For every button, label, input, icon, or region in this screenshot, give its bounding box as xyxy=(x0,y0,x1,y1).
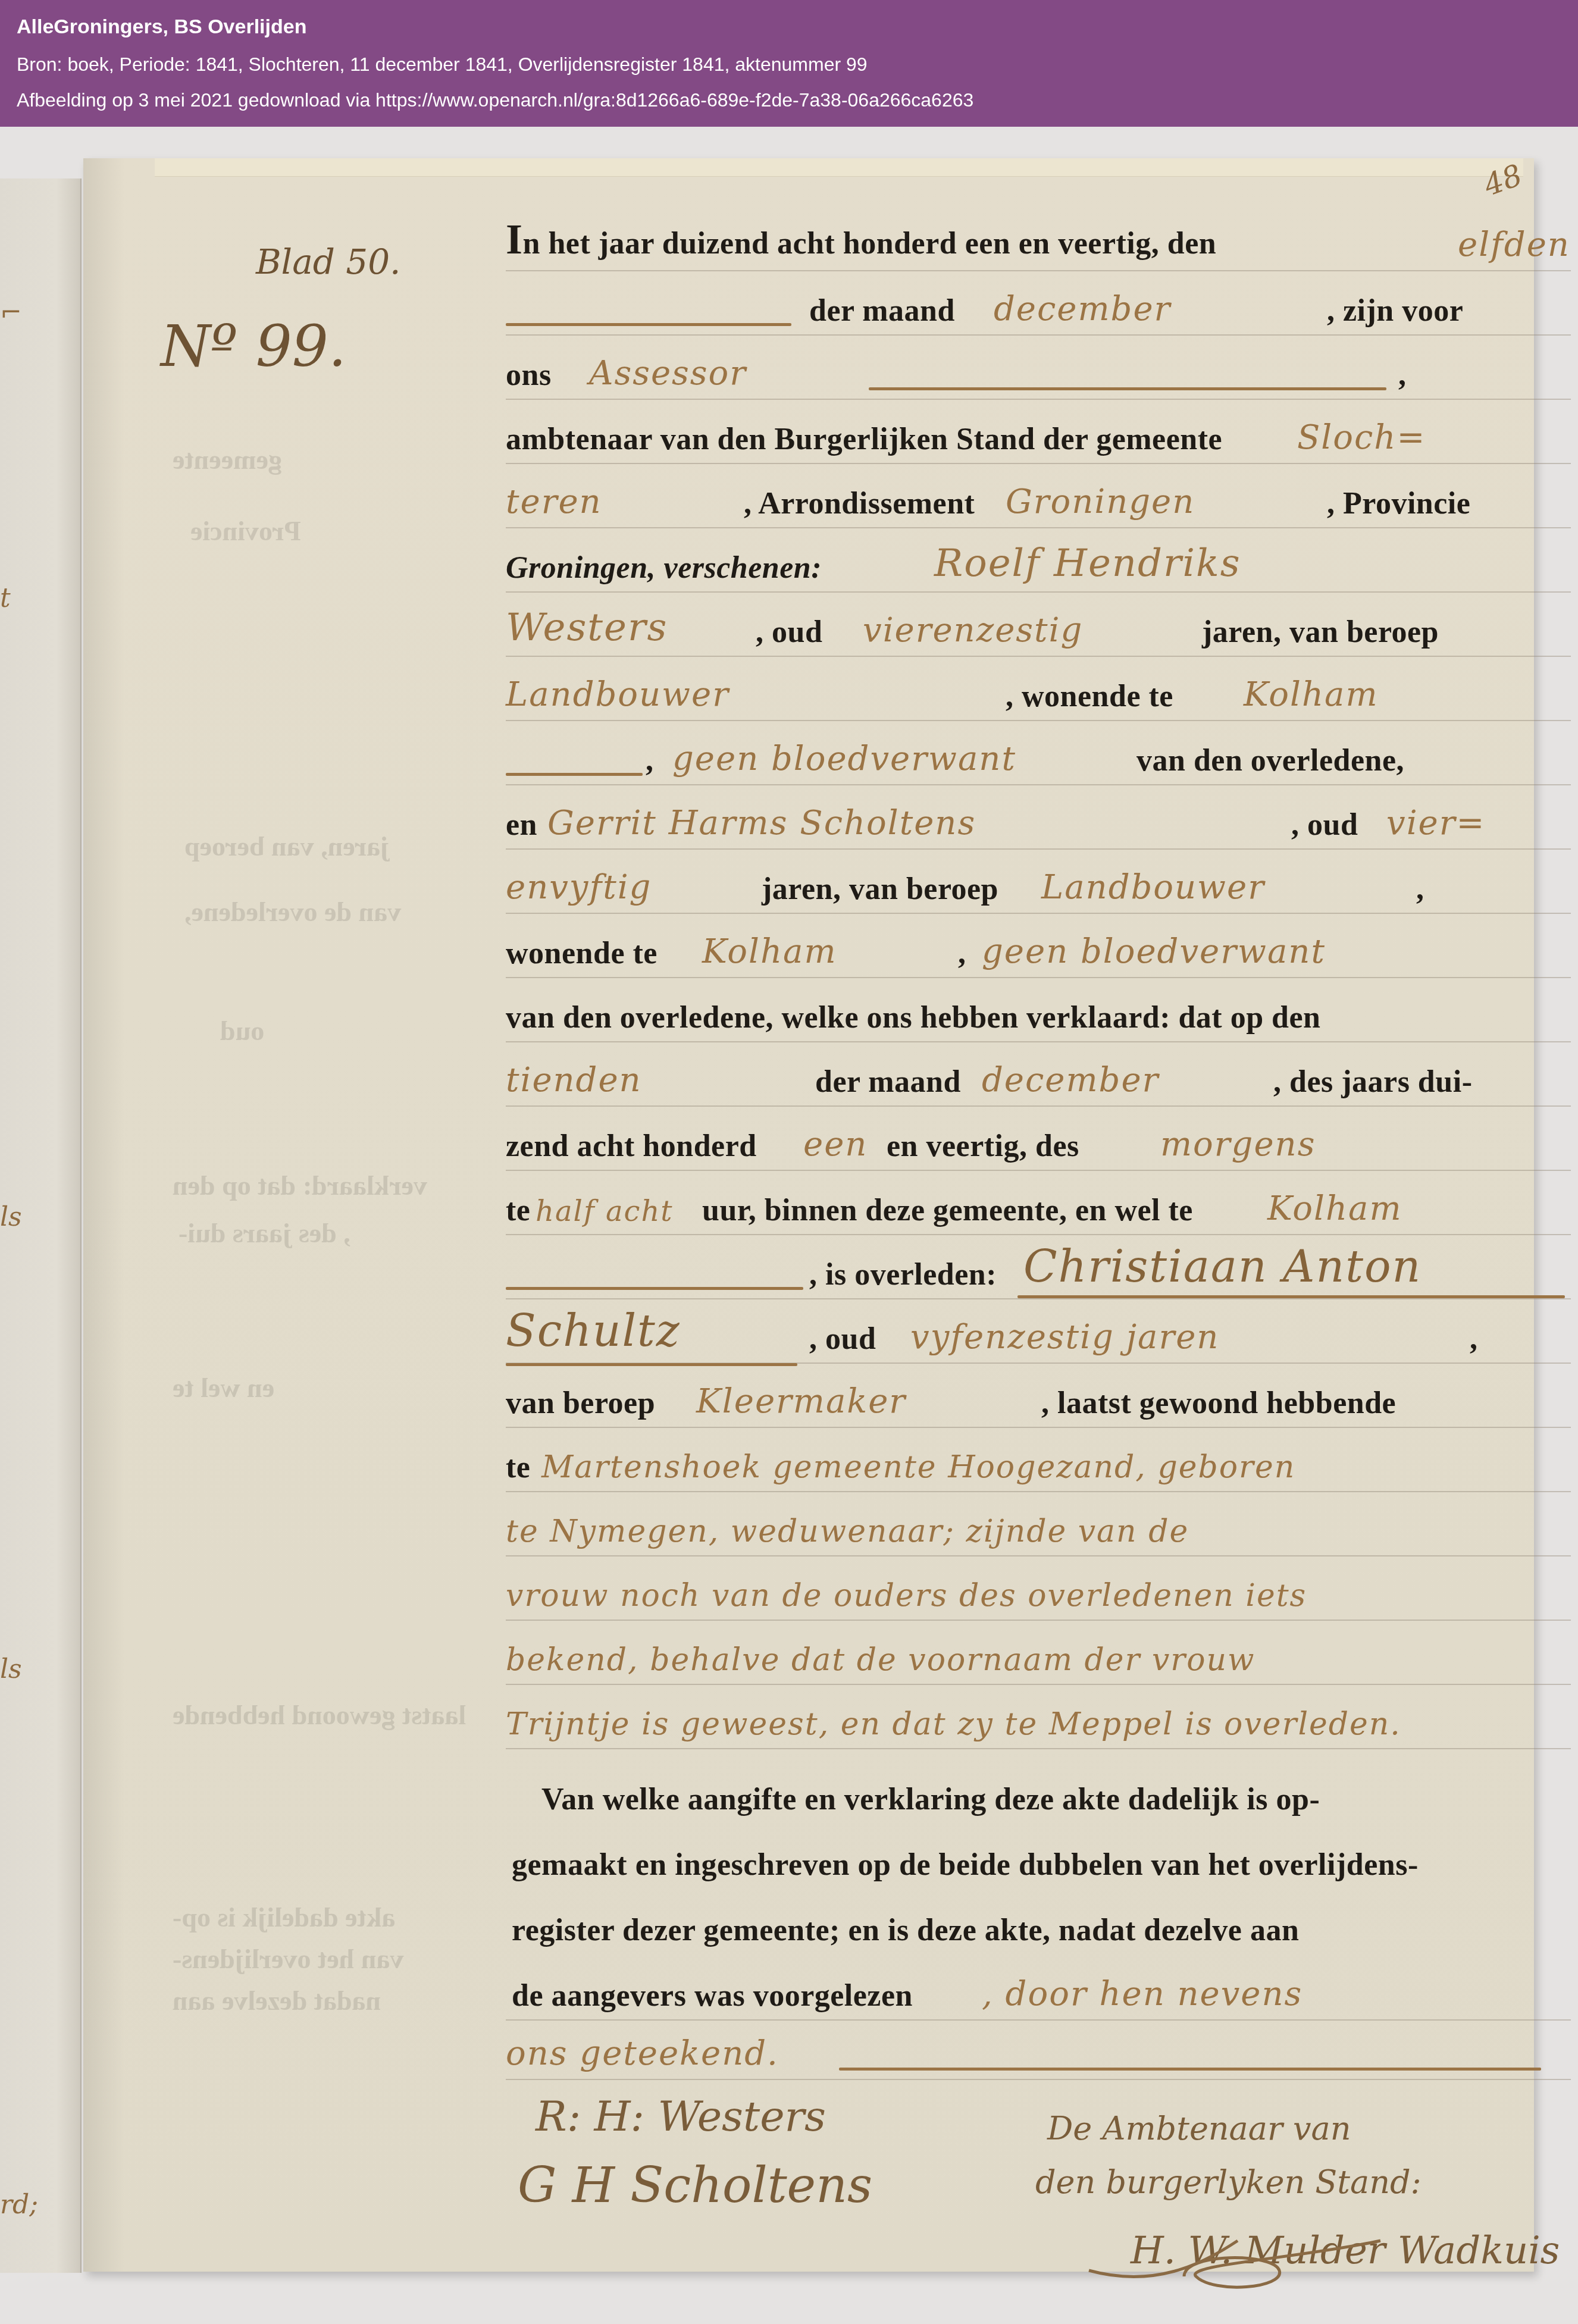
akte-line: Landbouwer , wonende te Kolham xyxy=(506,656,1571,721)
akte-line: ons geteekend. xyxy=(506,2015,1571,2080)
printed-text: gemaakt en ingeschreven op de beide dubb… xyxy=(512,1847,1419,1883)
akte-line: te Nymegen, weduwenaar; zijnde van de xyxy=(506,1491,1571,1556)
page-top-strip xyxy=(155,158,1523,177)
printed-text: , xyxy=(646,743,654,778)
fill-rule xyxy=(506,1287,803,1290)
facing-page-handwriting: t xyxy=(0,583,11,613)
akte-line: tienden der maand december , des jaars d… xyxy=(506,1041,1571,1107)
handwritten-text: Gerrit Harms Scholtens xyxy=(547,804,976,842)
handwritten-text: vyfenzestig jaren xyxy=(910,1318,1219,1357)
facing-page-handwriting: rd; xyxy=(0,2190,38,2220)
bleed-through-text: akte dadelijk is op- xyxy=(173,1902,395,1933)
akte-line: te Martenshoek gemeente Hoogezand, gebor… xyxy=(506,1427,1571,1492)
handwritten-text: ons geteekend. xyxy=(506,2034,779,2073)
akte-line: ons Assessor , xyxy=(506,334,1571,400)
blad-number: Blad 50. xyxy=(256,242,401,282)
bleed-through-text: van de overledene, xyxy=(184,896,401,928)
handwritten-text: vrouw noch van de ouders des overledenen… xyxy=(506,1578,1307,1614)
akte-line: envyftig jaren, van beroep Landbouwer , xyxy=(506,848,1571,914)
signature-flourish-icon xyxy=(1083,2217,1416,2294)
register-page: 48 gemeente Provincie jaren, van beroep … xyxy=(83,158,1534,2272)
akte-line: vrouw noch van de ouders des overledenen… xyxy=(506,1555,1571,1621)
printed-text: der maand xyxy=(809,293,955,328)
printed-text: , xyxy=(1398,358,1407,393)
akte-line: bekend, behalve dat de voornaam der vrou… xyxy=(506,1620,1571,1685)
handwritten-text: Landbouwer xyxy=(506,675,729,714)
handwritten-text: envyftig xyxy=(506,868,652,907)
printed-text: , xyxy=(1416,872,1424,907)
signature-witness-2: G H Scholtens xyxy=(518,2157,872,2214)
handwritten-text: te Nymegen, weduwenaar; zijnde van de xyxy=(506,1514,1189,1549)
printed-text: van den overledene, xyxy=(1136,743,1404,778)
handwritten-text: elfden xyxy=(1458,225,1570,264)
akte-line: de aangevers was voorgelezen , door hen … xyxy=(506,1955,1571,2021)
handwritten-text: , door hen nevens xyxy=(982,1975,1303,2013)
handwritten-text: geen bloedverwant xyxy=(672,740,1016,778)
akte-line: zend acht honderd een en veertig, des mo… xyxy=(506,1105,1571,1171)
deceased-name-last: Schultz xyxy=(506,1305,681,1357)
printed-text: wonende te xyxy=(506,936,657,971)
handwritten-text: Assessor xyxy=(589,354,747,393)
printed-text: zend acht honderd xyxy=(506,1129,757,1164)
handwritten-text: Martenshoek gemeente Hoogezand, geboren xyxy=(541,1449,1295,1485)
archive-header: AlleGroningers, BS Overlijden Bron: boek… xyxy=(0,0,1578,127)
printed-text: , oud xyxy=(1291,807,1358,842)
printed-text: ambtenaar van den Burgerlijken Stand der… xyxy=(506,422,1222,457)
handwritten-text: vier= xyxy=(1386,804,1485,842)
deceased-name-first: Christiaan Anton xyxy=(1023,1241,1422,1292)
akte-line: te half acht uur, binnen deze gemeente, … xyxy=(506,1170,1571,1235)
bleed-through-text: laatst gewoond hebbende xyxy=(173,1699,466,1731)
printed-text: , oud xyxy=(809,1321,876,1357)
handwritten-text: teren xyxy=(506,483,602,521)
facing-page-handwriting: ls xyxy=(0,1654,22,1684)
facing-page-handwriting: ⌐ xyxy=(0,297,22,328)
printed-text: en veertig, des xyxy=(887,1129,1079,1164)
handwritten-text: bekend, behalve dat de voornaam der vrou… xyxy=(506,1642,1255,1678)
handwritten-text: morgens xyxy=(1160,1125,1316,1164)
handwritten-text: Kolham xyxy=(1244,675,1379,714)
akte-line: van beroep Kleermaker , laatst gewoond h… xyxy=(506,1363,1571,1428)
facing-page-edge: ⌐ t ls ls rd; xyxy=(0,178,82,2273)
printed-text: van den overledene, welke ons hebben ver… xyxy=(506,1000,1321,1035)
fill-rule xyxy=(506,323,791,326)
akte-line: Groningen, verschenen: Roelf Hendriks xyxy=(506,527,1571,593)
handwritten-text: tienden xyxy=(506,1061,642,1100)
printed-text: , xyxy=(958,936,966,971)
signature-witness-1: R: H: Westers xyxy=(536,2092,826,2141)
handwritten-text: Trijntje is geweest, en dat zy te Meppel… xyxy=(506,1706,1401,1742)
printed-text: ons xyxy=(506,358,552,393)
printed-text: de aangevers was voorgelezen xyxy=(512,1978,913,2013)
fill-rule xyxy=(506,773,643,776)
printed-text: jaren, van beroep xyxy=(1202,615,1439,650)
fill-rule xyxy=(869,387,1386,390)
akte-line: Schultz , oud vyfenzestig jaren , xyxy=(506,1298,1571,1364)
printed-text: uur, binnen deze gemeente, en wel te xyxy=(702,1193,1193,1228)
handwritten-text: Kolham xyxy=(702,932,837,971)
official-title-line-1: De Ambtenaar van xyxy=(1047,2110,1351,2147)
bleed-through-text: gemeente xyxy=(173,444,282,475)
official-title-line-2: den burgerlyken Stand: xyxy=(1035,2163,1422,2201)
akte-line: , geen bloedverwant van den overledene, xyxy=(506,720,1571,785)
printed-text: , is overleden: xyxy=(809,1257,997,1292)
akte-line: register dezer gemeente; en is deze akte… xyxy=(506,1890,1571,1954)
printed-text: Groningen, verschenen: xyxy=(506,550,822,585)
handwritten-text: Sloch= xyxy=(1297,418,1426,457)
handwritten-text: december xyxy=(994,290,1171,328)
akte-line: In het jaar duizend acht honderd een en … xyxy=(506,206,1571,271)
handwritten-text: Roelf Hendriks xyxy=(934,541,1241,585)
printed-text: , oud xyxy=(756,615,822,650)
akte-line: van den overledene, welke ons hebben ver… xyxy=(506,977,1571,1042)
akte-line: Van welke aangifte en verklaring deze ak… xyxy=(506,1759,1571,1823)
printed-text: , Arrondissement xyxy=(744,486,975,521)
handwritten-text: vierenzestig xyxy=(863,611,1083,650)
printed-text: te xyxy=(506,1193,530,1228)
printed-text: , xyxy=(1470,1321,1478,1357)
archive-title: AlleGroningers, BS Overlijden xyxy=(17,15,306,39)
bleed-through-text: verklaard: dat op den xyxy=(173,1170,427,1201)
printed-text: der maand xyxy=(815,1064,961,1100)
bleed-through-text: van het overlijdens- xyxy=(173,1943,403,1975)
printed-text: jaren, van beroep xyxy=(762,872,998,907)
akte-line: Trijntje is geweest, en dat zy te Meppel… xyxy=(506,1684,1571,1749)
bleed-through-text: nadat dezelve aan xyxy=(173,1985,381,2016)
handwritten-text: geen bloedverwant xyxy=(982,932,1326,971)
printed-text: Van welke aangifte en verklaring deze ak… xyxy=(541,1782,1320,1817)
akte-line: ambtenaar van den Burgerlijken Stand der… xyxy=(506,399,1571,464)
printed-text: en xyxy=(506,807,537,842)
fill-rule xyxy=(839,2068,1541,2071)
printed-text: , wonende te xyxy=(1006,679,1173,714)
handwritten-text: een xyxy=(803,1125,868,1164)
akte-line: der maand december , zijn voor xyxy=(506,270,1571,336)
printed-text: In het jaar duizend acht honderd een en … xyxy=(506,215,1216,264)
printed-text: van beroep xyxy=(506,1386,655,1421)
printed-text: register dezer gemeente; en is deze akte… xyxy=(512,1913,1299,1948)
handwritten-text: Kolham xyxy=(1267,1189,1402,1228)
akte-line: teren , Arrondissement Groningen , Provi… xyxy=(506,463,1571,528)
akte-line: gemaakt en ingeschreven op de beide dubb… xyxy=(506,1824,1571,1888)
bleed-through-text: en wel te xyxy=(173,1372,274,1404)
handwritten-text: Landbouwer xyxy=(1041,868,1265,907)
akte-line: wonende te Kolham , geen bloedverwant xyxy=(506,913,1571,978)
printed-text: , Provincie xyxy=(1327,486,1470,521)
akte-line: Westers , oud vierenzestig jaren, van be… xyxy=(506,591,1571,657)
akte-line: en Gerrit Harms Scholtens , oud vier= xyxy=(506,784,1571,850)
akte-line: , is overleden: Christiaan Anton xyxy=(506,1234,1571,1299)
download-info: Afbeelding op 3 mei 2021 gedownload via … xyxy=(17,89,973,111)
handwritten-text: half acht xyxy=(536,1195,674,1228)
printed-text: , laatst gewoond hebbende xyxy=(1041,1386,1396,1421)
facing-page-handwriting: ls xyxy=(0,1202,22,1232)
akte-number: Nº 99. xyxy=(161,313,346,380)
printed-text: , zijn voor xyxy=(1327,293,1463,328)
bleed-through-text: jaren, van beroep xyxy=(184,831,390,862)
bleed-through-text: Provincie xyxy=(190,515,301,547)
handwritten-text: Kleermaker xyxy=(696,1382,906,1421)
bleed-through-text: , des jaars dui- xyxy=(179,1217,350,1249)
bleed-through-text: oud xyxy=(220,1015,264,1047)
handwritten-text: december xyxy=(982,1061,1159,1100)
handwritten-text: Groningen xyxy=(1006,483,1195,521)
source-info: Bron: boek, Periode: 1841, Slochteren, 1… xyxy=(17,54,868,76)
handwritten-text: Westers xyxy=(506,606,668,650)
printed-text: te xyxy=(506,1450,530,1485)
printed-text: , des jaars dui- xyxy=(1273,1064,1472,1100)
